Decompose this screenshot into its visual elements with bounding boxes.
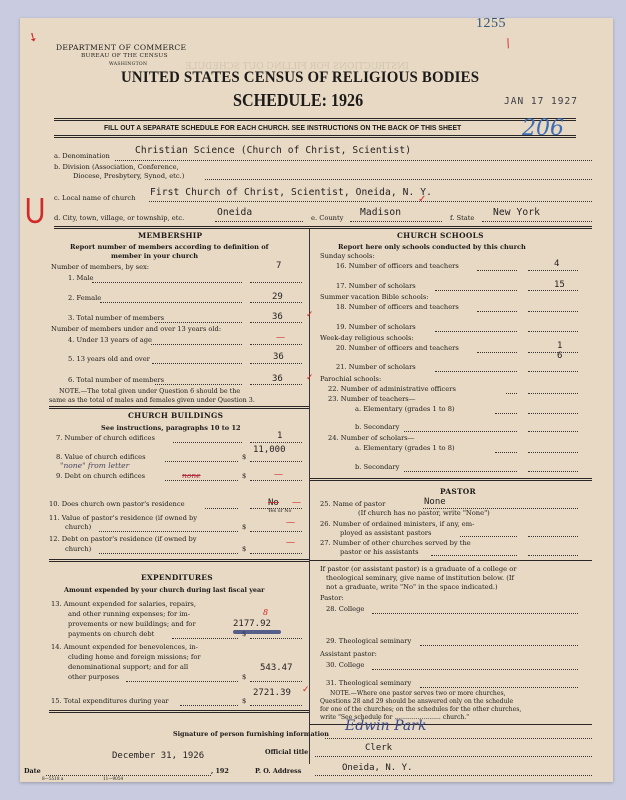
form-code-2: 11—9054 <box>103 776 123 781</box>
other-churches-label-2: pastor or his assistants <box>340 548 419 556</box>
total-members-value[interactable]: 36 <box>272 312 283 322</box>
state-label: f. State <box>450 214 474 222</box>
benevolences-label: 14. Amount expended for benevolences, in… <box>51 643 198 651</box>
summer-scholars-label: 19. Number of scholars <box>336 323 416 331</box>
census-form-page: INSTRUCTIONS FOR FILLING OUT SCHEDULE ➘ … <box>20 18 613 782</box>
total-expenditures-label: 15. Total expenditures during year <box>51 697 169 705</box>
over-13-label: 5. 13 years old and over <box>68 355 150 363</box>
state-field[interactable]: New York <box>493 207 540 218</box>
expenditures-subheading: Amount expended by your church during la… <box>64 586 264 594</box>
salaries-label-4: payments on church debt <box>68 630 154 638</box>
total-members-2-value[interactable]: 36 <box>272 374 283 384</box>
other-churches-label: 27. Number of other churches served by t… <box>320 539 471 547</box>
teachers-secondary-field[interactable] <box>528 431 578 432</box>
address-label: P. O. Address <box>255 767 301 775</box>
edifices-value-value[interactable]: 11,000 <box>253 445 286 455</box>
signature-field[interactable]: Edwin Park <box>345 718 426 734</box>
graduate-note-2: theological seminary, give name of insti… <box>326 574 514 582</box>
scholars-secondary-field[interactable] <box>528 471 578 472</box>
other-churches-field[interactable] <box>528 555 578 556</box>
membership-subheading: Report number of members according to de… <box>70 243 269 251</box>
scholars-elementary-field[interactable] <box>528 452 578 453</box>
local-name-field[interactable]: First Church of Christ, Scientist, Oneid… <box>150 187 432 198</box>
assistant-seminary-field[interactable] <box>420 687 578 688</box>
handwritten-annotation: "none" from letter <box>60 461 129 470</box>
red-check-mark: ✓ <box>306 310 314 320</box>
summer-scholars-field[interactable] <box>528 331 578 332</box>
total-members-label: 3. Total number of members <box>68 314 164 322</box>
pastor-college-label: 28. College <box>326 605 364 613</box>
residence-value-label: 11. Value of pastor's residence (if owne… <box>49 514 197 522</box>
date-field[interactable]: December 31, 1926 <box>112 751 204 761</box>
pastor-heading: PASTOR <box>440 487 476 496</box>
assistant-ministers-field[interactable] <box>528 536 578 537</box>
division-field[interactable] <box>205 179 592 180</box>
admin-officers-label: 22. Number of administrative officers <box>328 385 456 393</box>
graduate-note: If pastor (or assistant pastor) is a gra… <box>320 565 516 573</box>
pastor-name-label: 25. Name of pastor <box>320 500 385 508</box>
red-correction: 8 <box>263 608 268 617</box>
sunday-schools-label: Sunday schools: <box>320 252 375 260</box>
assistant-ministers-label: 26. Number of ordained ministers, if any… <box>320 520 474 528</box>
buildings-subheading: See instructions, paragraphs 10 to 12 <box>101 424 241 432</box>
pastor-note: NOTE.—Where one pastor serves two or mor… <box>330 690 506 697</box>
edifices-debt-label: 9. Debt on church edifices <box>56 472 145 480</box>
weekday-schools-label: Week-day religious schools: <box>320 334 414 342</box>
red-check-mark: / <box>504 36 513 51</box>
currency-symbol: $ <box>242 523 246 531</box>
admin-officers-field[interactable] <box>528 393 578 394</box>
scholars-label: 24. Number of scholars— <box>328 434 414 442</box>
pastor-college-field[interactable] <box>372 613 578 614</box>
pastor-name-value[interactable]: None <box>424 497 446 507</box>
assistant-pastor-subheading: Assistant pastor: <box>320 650 377 658</box>
residence-debt-label: 12. Debt on pastor's residence (if owned… <box>49 535 197 543</box>
form-title: UNITED STATES CENSUS OF RELIGIOUS BODIES <box>121 69 479 87</box>
sunday-scholars-value[interactable]: 15 <box>554 280 565 290</box>
parochial-schools-label: Parochial schools: <box>320 375 381 383</box>
date-suffix: , 192 <box>211 767 229 775</box>
salaries-label-2: and other running expenses; for im- <box>68 610 190 618</box>
pastor-note-3: for one of the churches; on the schedule… <box>320 706 521 713</box>
official-title-field[interactable]: Clerk <box>365 743 392 753</box>
address-field[interactable]: Oneida, N. Y. <box>342 763 412 773</box>
teachers-label: 23. Number of teachers— <box>328 395 415 403</box>
department-label: DEPARTMENT OF COMMERCE <box>56 43 186 52</box>
summer-officers-field[interactable] <box>528 311 578 312</box>
bureau-label: BUREAU OF THE CENSUS <box>81 53 168 59</box>
city-label: d. City, town, village, or township, etc… <box>54 214 184 222</box>
red-dash-mark: — <box>274 470 283 480</box>
owns-residence-value[interactable]: No <box>268 498 279 508</box>
female-label: 2. Female <box>68 294 101 302</box>
summer-officers-label: 18. Number of officers and teachers <box>336 303 459 311</box>
membership-subheading-2: member in your church <box>111 252 198 260</box>
residence-value-value[interactable]: — <box>286 518 295 528</box>
sunday-officers-label: 16. Number of officers and teachers <box>336 262 459 270</box>
weekday-officers-value[interactable]: 1 <box>557 341 562 351</box>
red-dash-mark: — <box>292 498 301 508</box>
owns-residence-label: 10. Does church own pastor's residence <box>49 500 185 508</box>
assistant-seminary-label: 31. Theological seminary <box>326 679 411 687</box>
by-sex-label: Number of members, by sex: <box>51 263 149 271</box>
assistant-ministers-label-2: ployed as assistant pastors <box>340 529 431 537</box>
scholars-secondary-label: b. Secondary <box>355 463 399 471</box>
over-13-value[interactable]: 36 <box>273 352 284 362</box>
currency-symbol: $ <box>242 697 246 705</box>
city-label: WASHINGTON <box>109 62 147 67</box>
denomination-field[interactable]: Christian Science (Church of Christ, Sci… <box>135 145 411 156</box>
expenditures-heading: EXPENDITURES <box>141 573 213 582</box>
received-date-stamp: JAN 17 1927 <box>504 96 578 107</box>
membership-heading: MEMBERSHIP <box>138 231 202 240</box>
city-field[interactable]: Oneida <box>217 207 252 218</box>
membership-note-2: same as the total of males and females g… <box>49 396 255 404</box>
instruction-banner: FILL OUT A SEPARATE SCHEDULE FOR EACH CH… <box>104 123 461 132</box>
edifices-count-label: 7. Number of church edifices <box>56 434 155 442</box>
scribbled-out-amount <box>233 630 281 634</box>
county-label: e. County <box>311 214 343 222</box>
edifices-value-label: 8. Value of church edifices <box>56 453 146 461</box>
salaries-value[interactable]: 2177.92 <box>233 619 271 629</box>
female-value[interactable]: 29 <box>272 292 283 302</box>
male-value[interactable]: 7 <box>276 261 281 271</box>
schools-heading: CHURCH SCHOOLS <box>397 231 484 240</box>
benevolences-label-4: other purposes <box>68 673 119 681</box>
assistant-college-label: 30. College <box>326 661 364 669</box>
yes-no-hint: Yes or No <box>268 509 291 514</box>
red-arrow-mark: ➘ <box>25 28 41 45</box>
currency-symbol: $ <box>242 453 246 461</box>
red-check-mark: ✓ <box>306 373 314 383</box>
denomination-label: a. Denomination <box>54 152 110 160</box>
teachers-secondary-label: b. Secondary <box>355 423 399 431</box>
division-label-2: Diocese, Presbytery, Synod, etc.) <box>73 172 184 180</box>
benevolences-value[interactable]: 543.47 <box>260 663 293 673</box>
pastor-name-hint: (If church has no pastor, write "None") <box>358 509 490 517</box>
weekday-scholars-label: 21. Number of scholars <box>336 363 416 371</box>
red-check-mark: ✓ <box>302 685 310 695</box>
age-heading: Number of members under and over 13 year… <box>51 325 221 333</box>
local-name-label: c. Local name of church <box>54 194 135 202</box>
currency-symbol: $ <box>242 673 246 681</box>
salaries-label: 13. Amount expended for salaries, repair… <box>51 600 196 608</box>
pastor-seminary-label: 29. Theological seminary <box>326 637 411 645</box>
male-label: 1. Male <box>68 274 93 282</box>
total-expenditures-value[interactable]: 2721.39 <box>253 688 291 698</box>
date-label: Date <box>24 767 41 775</box>
under-13-label: 4. Under 13 years of age <box>68 336 152 344</box>
scholars-elementary-label: a. Elementary (grades 1 to 8) <box>355 444 455 452</box>
pastor-subheading: Pastor: <box>320 594 344 602</box>
currency-symbol: $ <box>242 472 246 480</box>
stamp-number: 1255 <box>476 16 506 32</box>
benevolences-label-3: denominational support; and for all <box>68 663 188 671</box>
signature-label: Signature of person furnishing informati… <box>173 730 329 738</box>
residence-debt-value[interactable]: — <box>286 538 295 548</box>
assistant-college-field[interactable] <box>372 669 578 670</box>
schedule-title: SCHEDULE: 1926 <box>233 90 363 111</box>
pastor-note-2: Questions 28 and 29 should be answered o… <box>320 698 513 705</box>
membership-note: NOTE.—The total given under Question 6 s… <box>59 387 240 395</box>
weekday-scholars-value[interactable]: 6 <box>557 351 562 361</box>
county-field[interactable]: Madison <box>360 207 401 218</box>
edifices-count-value[interactable]: 1 <box>277 431 282 441</box>
weekday-officers-label: 20. Number of officers and teachers <box>336 344 459 352</box>
form-code: 8—5518 a <box>42 776 63 781</box>
currency-symbol: $ <box>242 545 246 553</box>
teachers-elementary-field[interactable] <box>528 413 578 414</box>
buildings-heading: CHURCH BUILDINGS <box>128 411 223 420</box>
salaries-label-3: provements or new buildings; and for <box>68 620 196 628</box>
red-u-mark: U <box>25 190 46 232</box>
division-label: b. Division (Association, Conference, <box>54 163 179 171</box>
sunday-scholars-label: 17. Number of scholars <box>336 282 416 290</box>
total-members-2-label: 6. Total number of members <box>68 376 164 384</box>
teachers-elementary-label: a. Elementary (grades 1 to 8) <box>355 405 455 413</box>
official-title-label: Official title <box>265 748 308 756</box>
graduate-note-3: not a graduate, write "No" in the space … <box>326 583 498 591</box>
edifices-debt-value[interactable]: none <box>182 471 201 480</box>
red-check-mark: ✓ <box>418 194 426 205</box>
summer-schools-label: Summer vacation Bible schools: <box>320 293 429 301</box>
residence-debt-label-2: church) <box>65 545 91 553</box>
benevolences-label-2: cluding home and foreign missions; for <box>68 653 201 661</box>
pastor-seminary-field[interactable] <box>420 645 578 646</box>
sunday-officers-value[interactable]: 4 <box>554 259 559 269</box>
schools-subheading: Report here only schools conducted by th… <box>338 243 526 251</box>
residence-value-label-2: church) <box>65 523 91 531</box>
under-13-value[interactable]: — <box>276 333 285 343</box>
